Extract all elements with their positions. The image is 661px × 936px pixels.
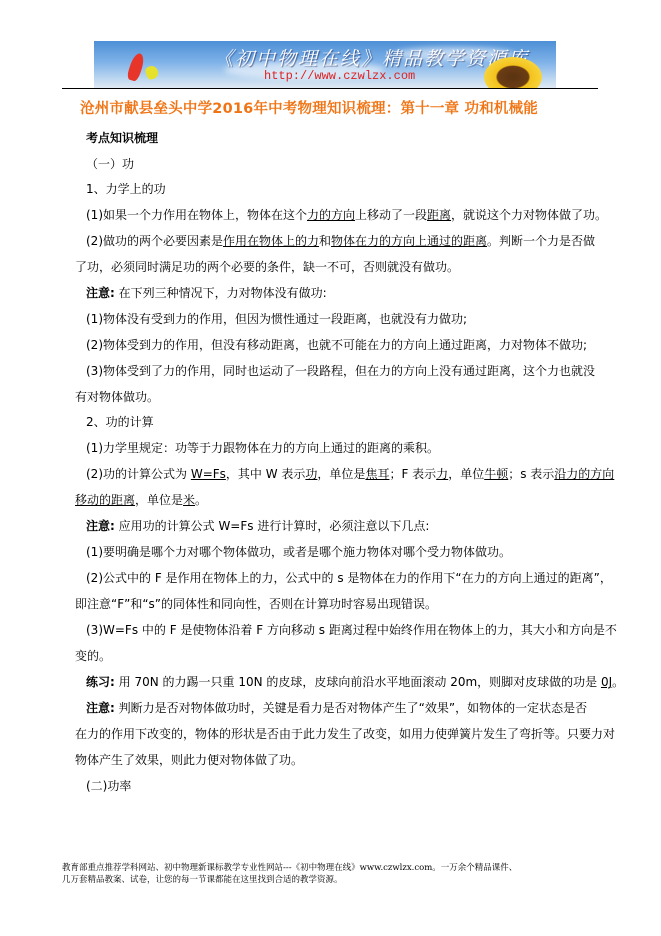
underlined-term: 物体在力的方向上通过的距离	[331, 234, 487, 248]
subheading-mechanical-work: 1、力学上的功	[86, 181, 166, 197]
sunflower-icon	[484, 57, 542, 88]
list-item-cont: 即注意“F”和“s”的同体性和同向性，否则在计算功时容易出现错误。	[75, 596, 437, 612]
text: ，单位	[448, 467, 484, 481]
part-heading-power: (二)功率	[86, 778, 131, 794]
footer-line: 教育部重点推荐学科网站、初中物理新课标教学专业性网站---《初中物理在线》www…	[62, 862, 517, 874]
underlined-term: 距离	[427, 208, 451, 222]
formula: W=Fs	[191, 467, 226, 481]
note-label: 注意:	[86, 519, 115, 533]
part-heading-work: （一）功	[86, 156, 134, 172]
paragraph-two-factors-cont: 了功，必须同时满足功的两个必要的条件，缺一不可，否则就没有做功。	[75, 259, 459, 275]
banner-title: 《初中物理在线》精品教学资源库	[214, 44, 529, 71]
underlined-term: 作用在物体上的力	[223, 234, 319, 248]
page-footer: 教育部重点推荐学科网站、初中物理新课标教学专业性网站---《初中物理在线》www…	[62, 862, 517, 886]
paragraph-rule: (1)力学里规定：功等于力跟物体在力的方向上通过的距离的乘积。	[86, 440, 439, 456]
document-title: 沧州市献县垒头中学2016年中考物理知识梳理：第十一章 功和机械能	[80, 97, 538, 118]
list-item: (1)物体没有受到力的作用，但因为惯性通过一段距离，也就没有力做功;	[86, 311, 467, 327]
text: 上移动了一段	[355, 208, 427, 222]
note-label: 注意:	[86, 701, 115, 715]
exercise-label: 练习:	[86, 675, 115, 689]
text: ；s 表示	[508, 467, 554, 481]
list-item: (2)物体受到力的作用，但没有移动距离，也就不可能在力的方向上通过距离，力对物体…	[86, 337, 587, 353]
list-item: (1)要明确是哪个力对哪个物体做功，或者是哪个施力物体对哪个受力物体做功。	[86, 544, 511, 560]
note-formula: 注意: 应用功的计算公式 W=Fs 进行计算时，必须注意以下几点:	[86, 518, 429, 534]
text: ；F 表示	[389, 467, 436, 481]
header-banner: 《初中物理在线》精品教学资源库 http://www.czwlzx.com	[94, 41, 556, 88]
exercise: 练习: 用 70N 的力踢一只重 10N 的皮球，皮球向前沿水平地面滚动 20m…	[86, 674, 624, 690]
exercise-answer: 0J	[601, 675, 612, 689]
banner-url[interactable]: http://www.czwlzx.com	[264, 69, 415, 83]
underlined-term: 牛顿	[484, 467, 508, 481]
list-item-cont: 变的。	[75, 648, 111, 664]
underlined-term: 功	[305, 467, 317, 481]
underlined-term: 米	[183, 493, 195, 507]
paragraph-formula-cont: 移动的距离，单位是米。	[75, 492, 207, 508]
text: 在下列三种情况下，力对物体没有做功:	[115, 286, 327, 300]
text: ，单位是	[135, 493, 183, 507]
note-no-work: 注意: 在下列三种情况下，力对物体没有做功:	[86, 285, 327, 301]
text: ，就说这个力对物体做了功。	[451, 208, 607, 222]
text: 用 70N 的力踢一只重 10N 的皮球，皮球向前沿水平地面滚动 20m，则脚对…	[115, 675, 601, 689]
text: 。	[612, 675, 624, 689]
section-heading: 考点知识梳理	[86, 130, 158, 146]
text: 。判断一个力是否做	[487, 234, 595, 248]
underlined-term: 焦耳	[365, 467, 389, 481]
text: 。	[195, 493, 207, 507]
underlined-term: 力的方向	[307, 208, 355, 222]
note-effect: 注意: 判断力是否对物体做功时，关键是看力是否对物体产生了“效果”，如物体的一定…	[86, 700, 587, 716]
header-divider	[62, 88, 598, 89]
list-item: (3)W=Fs 中的 F 是使物体沿着 F 方向移动 s 距离过程中始终作用在物…	[86, 622, 617, 638]
text: ，其中 W 表示	[226, 467, 306, 481]
paragraph-definition: (1)如果一个力作用在物体上，物体在这个力的方向上移动了一段距离，就说这个力对物…	[86, 207, 607, 223]
footer-line: 几万套精品教案、试卷，让您的每一节课都能在这里找到合适的教学资源。	[62, 874, 517, 886]
paragraph-two-factors: (2)做功的两个必要因素是作用在物体上的力和物体在力的方向上通过的距离。判断一个…	[86, 233, 595, 249]
note-effect-cont: 物体产生了效果，则此力便对物体做了功。	[75, 752, 303, 768]
subheading-work-calculation: 2、功的计算	[86, 414, 154, 430]
text: 应用功的计算公式 W=Fs 进行计算时，必须注意以下几点:	[115, 519, 430, 533]
text: 和	[319, 234, 331, 248]
note-effect-cont: 在力的作用下改变的，物体的形状是否由于此力发生了改变，如用力使弹簧片发生了弯折等…	[75, 726, 615, 742]
text: 判断力是否对物体做功时，关键是看力是否对物体产生了“效果”，如物体的一定状态是否	[115, 701, 587, 715]
underlined-term: 力	[436, 467, 448, 481]
text: (1)如果一个力作用在物体上，物体在这个	[86, 208, 307, 222]
logo-icon	[126, 52, 146, 82]
paragraph-formula: (2)功的计算公式为 W=Fs，其中 W 表示功，单位是焦耳；F 表示力，单位牛…	[86, 466, 614, 482]
underlined-term: 沿力的方向	[554, 467, 614, 481]
text: (2)功的计算公式为	[86, 467, 191, 481]
note-label: 注意:	[86, 286, 115, 300]
logo-icon-accent	[144, 64, 160, 80]
text: (2)做功的两个必要因素是	[86, 234, 223, 248]
list-item-cont: 有对物体做功。	[75, 389, 159, 405]
list-item: (2)公式中的 F 是作用在物体上的力，公式中的 s 是物体在力的作用下“在力的…	[86, 570, 612, 586]
text: ，单位是	[317, 467, 365, 481]
underlined-term: 移动的距离	[75, 493, 135, 507]
list-item: (3)物体受到了力的作用，同时也运动了一段路程，但在力的方向上没有通过距离，这个…	[86, 363, 595, 379]
